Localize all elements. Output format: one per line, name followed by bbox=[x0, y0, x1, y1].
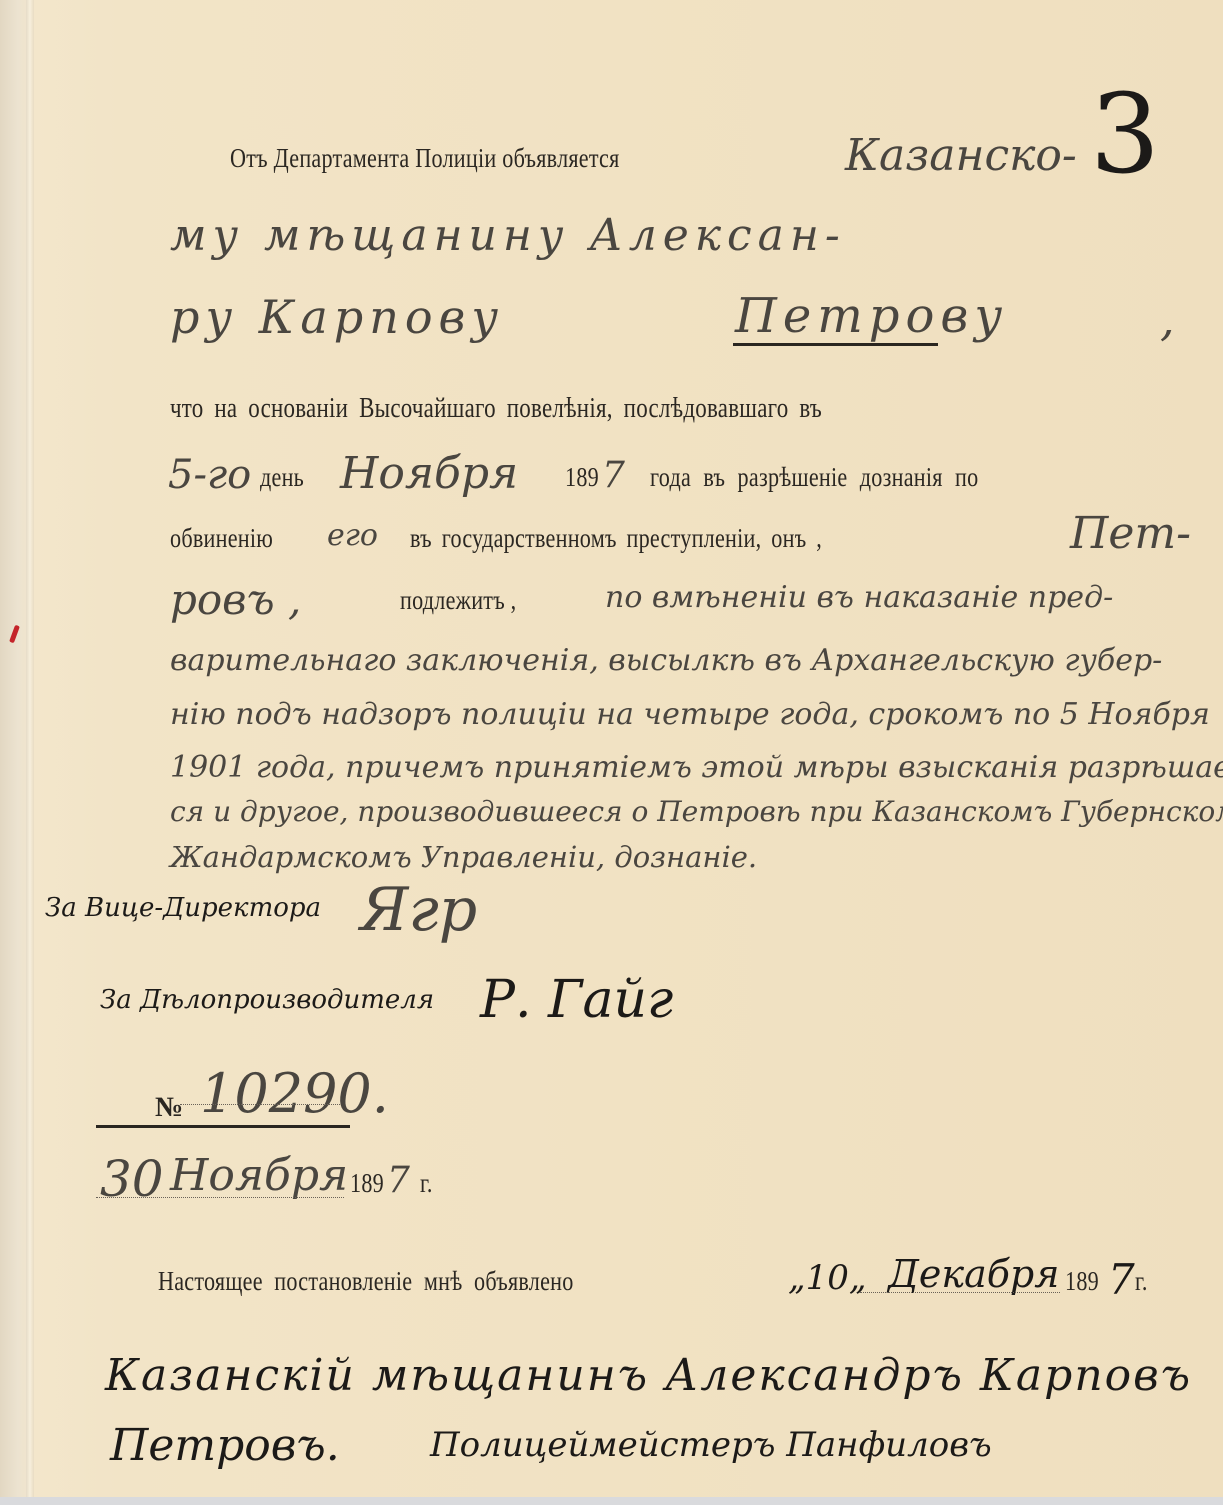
police-chief-signature: Полицеймейстеръ Панфиловъ bbox=[430, 1425, 992, 1465]
decree-month: Ноября bbox=[340, 448, 518, 499]
vice-director-signature: Ягр bbox=[360, 875, 477, 945]
body-hand-line: нію подъ надзоръ полиціи на четыре года,… bbox=[170, 697, 1210, 732]
vice-director-label: За Вице-Директора bbox=[45, 893, 321, 923]
body-line4-hand-b: по вмѣненіи въ наказаніе пред- bbox=[605, 580, 1113, 615]
registry-date-month: Ноября bbox=[170, 1150, 348, 1201]
acknowledgment-printed: Настоящее постановленіе мнѣ объявлено bbox=[158, 1266, 574, 1297]
acknowledgment-day: „10„ bbox=[788, 1258, 867, 1298]
red-thread-mark bbox=[9, 625, 20, 644]
body-line4-printed: подлежитъ , bbox=[400, 585, 516, 616]
acknowledgment-year-hand: 7 bbox=[1108, 1255, 1135, 1304]
body-line3-printed-a: обвиненію bbox=[170, 523, 273, 554]
scan-bottom-edge bbox=[0, 1497, 1223, 1505]
body-line2-printed-a: день bbox=[260, 462, 304, 493]
body-line3-hand-b: Пет- bbox=[1070, 508, 1191, 559]
acknowledgment-month: Декабря bbox=[888, 1252, 1059, 1296]
decree-year-hand: 7 bbox=[602, 455, 625, 496]
page-fold bbox=[26, 0, 34, 1505]
registry-number-label: № bbox=[155, 1092, 183, 1124]
registry-date-year-hand: 7 bbox=[387, 1160, 410, 1201]
acknowledgment-dots bbox=[860, 1292, 1060, 1293]
document-page: 3 Отъ Департамента Полиціи объявляется К… bbox=[0, 0, 1223, 1505]
body-hand-line: 1901 года, причемъ принятіемъ этой мѣры … bbox=[170, 750, 1223, 785]
decree-day: 5-го bbox=[168, 452, 251, 498]
body-line2-printed-b: года въ разрѣшеніе дознанія по bbox=[650, 462, 978, 493]
registry-date-day: 30 bbox=[100, 1150, 164, 1208]
body-printed-line1: что на основаніи Высочайшаго повелѣнія, … bbox=[170, 393, 822, 425]
page-number: 3 bbox=[1090, 70, 1160, 198]
acknowledgment-year-printed: 189 bbox=[1065, 1266, 1099, 1297]
header-hand-line3-a: ру Карпову bbox=[170, 290, 504, 344]
clerk-label: За Дѣлопроизводителя bbox=[100, 985, 434, 1015]
header-hand-line1: Казанско- bbox=[845, 130, 1077, 181]
body-hand-line: Жандармскомъ Управленіи, дознаніе. bbox=[170, 840, 757, 874]
registry-date-year-printed: 189 bbox=[350, 1168, 384, 1199]
body-hand-line: варительнаго заключенія, высылкѣ въ Арха… bbox=[170, 643, 1162, 678]
registry-divider bbox=[96, 1125, 350, 1128]
body-hand-line: ся и другое, производившееся о Петровѣ п… bbox=[170, 795, 1223, 828]
surname-underline bbox=[733, 343, 938, 346]
registry-number-dots bbox=[180, 1104, 340, 1105]
clerk-signature: Р. Гайг bbox=[480, 970, 673, 1030]
registry-date-suffix: г. bbox=[420, 1168, 433, 1199]
header-hand-comma: , bbox=[1160, 292, 1175, 346]
decree-year-printed: 189 bbox=[565, 462, 599, 493]
body-line4-hand-a: ровъ , bbox=[170, 575, 301, 624]
acknowledgment-signature-petrov: Петровъ. bbox=[110, 1420, 340, 1471]
acknowledgment-suffix: г. bbox=[1135, 1266, 1148, 1297]
header-hand-line2: му мѣщанину Алексан- bbox=[170, 210, 846, 261]
header-printed: Отъ Департамента Полиціи объявляется bbox=[230, 143, 620, 174]
registry-date-dots bbox=[96, 1197, 344, 1198]
recipient-surname: Петрову bbox=[735, 288, 1008, 344]
body-line3-hand-a: его bbox=[327, 518, 378, 553]
registry-number: 10290. bbox=[200, 1062, 389, 1125]
body-line3-printed-b: въ государственномъ преступленіи, онъ , bbox=[410, 523, 822, 554]
acknowledgment-signature-line1: Казанскій мѣщанинъ Александръ Карповъ bbox=[105, 1350, 1192, 1401]
